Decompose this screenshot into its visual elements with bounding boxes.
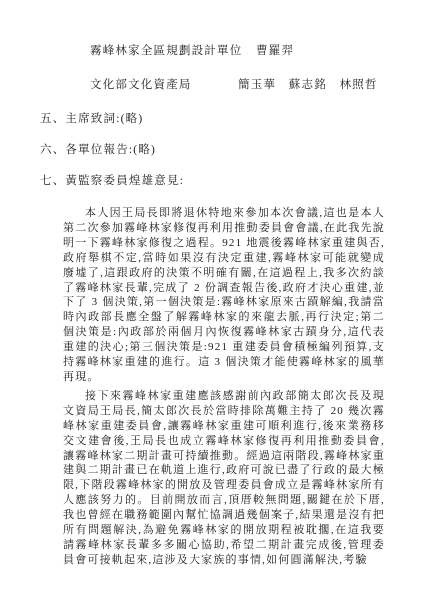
section-heading-commissioner-opinion: 七、黃監察委員煌雄意見: (40, 175, 425, 188)
attendee-row: 霧峰林家全區規劃設計單位 曹羅羿 (90, 45, 425, 58)
attendee-list: 霧峰林家全區規劃設計單位 曹羅羿 文化部文化資產局 簡玉華 蘇志銘 林照哲 (0, 0, 425, 92)
agenda-sections: 五、主席致詞:(略) 六、各單位報告:(略) 七、黃監察委員煌雄意見: (0, 113, 425, 188)
attendee-names: 曹羅羿 (238, 45, 294, 58)
section-heading-chair-remarks: 五、主席致詞:(略) (40, 113, 425, 126)
attendee-org: 文化部文化資產局 (90, 79, 238, 92)
speech-paragraph-1: 本人因王局長即將退休特地來參加本次會議,這也是本人第二次參加霧峰林家修復再利用推… (63, 206, 385, 385)
speech-content: 本人因王局長即將退休特地來參加本次會議,這也是本人第二次參加霧峰林家修復再利用推… (63, 206, 385, 568)
attendee-names: 簡玉華 蘇志銘 林照哲 (238, 79, 378, 92)
attendee-row: 文化部文化資產局 簡玉華 蘇志銘 林照哲 (90, 79, 425, 92)
section-heading-unit-reports: 六、各單位報告:(略) (40, 144, 425, 157)
document-page: 霧峰林家全區規劃設計單位 曹羅羿 文化部文化資產局 簡玉華 蘇志銘 林照哲 五、… (0, 0, 425, 600)
speech-paragraph-2: 接下來霧峰林家重建應該感謝前內政部簡太郎次長及現文資局王局長,簡太郎次長於當時排… (63, 389, 385, 568)
attendee-org: 霧峰林家全區規劃設計單位 (90, 45, 238, 58)
